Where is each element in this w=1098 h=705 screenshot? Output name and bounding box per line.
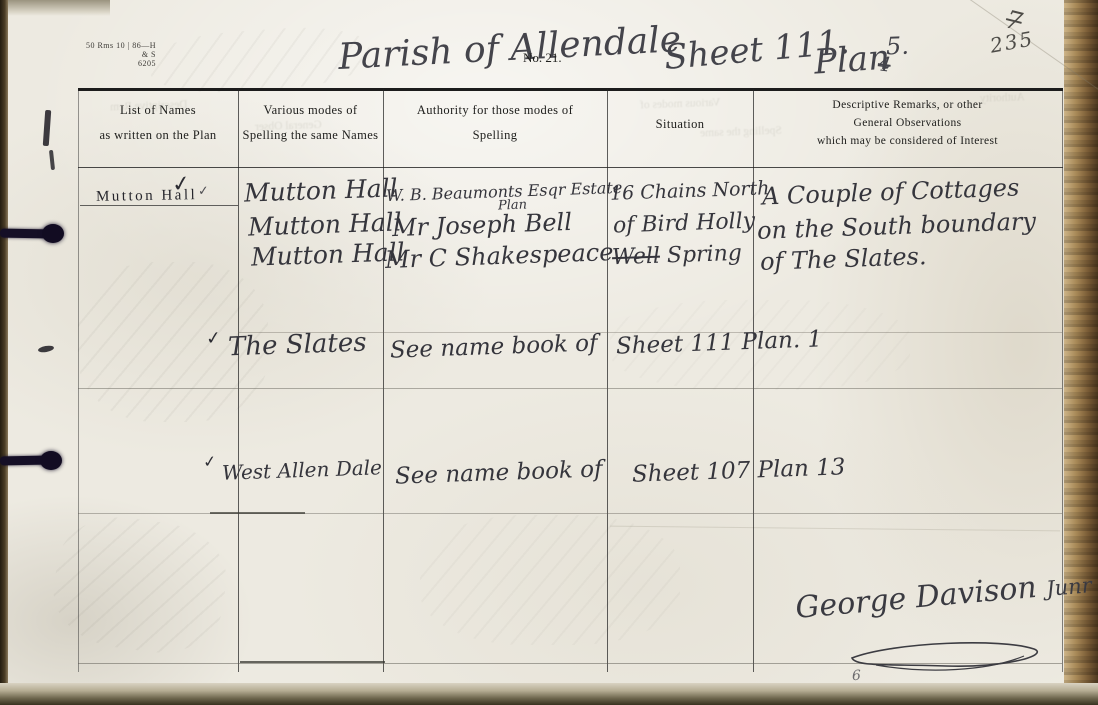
table-column-rule — [607, 89, 608, 672]
printer-stamp-line2: 6205 — [80, 59, 156, 68]
column-header-remarks: Descriptive Remarks, or other General Ob… — [753, 96, 1062, 150]
header-line: which may be considered of Interest — [753, 132, 1062, 150]
checkmark-small: ✓ — [197, 184, 209, 200]
pencil-smudge — [420, 515, 680, 645]
page-stack-edge-top-left — [0, 0, 110, 16]
header-line: Spelling — [383, 123, 607, 148]
binding-lace-top-knot — [42, 224, 64, 243]
signature-flourish — [838, 626, 1048, 678]
situation-entry: of Bird Holly — [613, 209, 756, 239]
spelling-entry: Mutton Hall — [251, 237, 406, 271]
binding-lace-bottom-knot — [40, 451, 62, 470]
checkmark: ✓ — [205, 327, 222, 349]
book-spine-edge — [0, 0, 8, 705]
spelling-entry: Mutton Hall — [248, 207, 403, 241]
header-line: Authority for those modes of — [383, 98, 607, 123]
scanned-name-book-page: 50 Rms 10 | 86—H & S 6205 Parish of Alle… — [0, 0, 1098, 705]
header-line: General Observations — [753, 114, 1062, 132]
situation-entry: Well Spring — [612, 241, 743, 271]
table-bottom-dark-segment — [240, 661, 385, 663]
bleedthrough-text: General Obser — [255, 119, 322, 133]
spelling-entry: Mutton Hall — [244, 173, 399, 207]
printer-stamp-line1: 50 Rms 10 | 86—H & S — [80, 41, 156, 59]
plan-name: Mutton Hall — [96, 187, 198, 206]
printed-entry-number: No. 21. — [523, 50, 562, 66]
remark-entry: of The Slates. — [760, 242, 927, 276]
bleedthrough-text: Authority — [980, 91, 1025, 105]
printer-stamp: 50 Rms 10 | 86—H & S 6205 — [80, 41, 156, 68]
page-stack-edge-bottom — [0, 683, 1098, 705]
column-header-authority: Authority for those modes of Spelling — [383, 98, 607, 148]
situation-word: Spring — [666, 241, 742, 269]
name-entry: The Slates — [228, 328, 368, 363]
row-rule-dark-segment — [210, 512, 305, 514]
signature-suffix: Junr — [1045, 573, 1092, 601]
situation-struck-word: Well — [612, 244, 661, 271]
table-header-rule — [78, 167, 1063, 168]
header-line: as written on the Plan — [78, 123, 238, 148]
row-rule — [78, 388, 1062, 389]
checkmark: ✓ — [202, 451, 217, 471]
stray-pen-mark: 6 — [852, 668, 861, 684]
table-column-rule — [753, 89, 754, 672]
table-border-left — [78, 89, 79, 672]
table-top-rule — [78, 88, 1063, 91]
table-column-rule — [238, 89, 239, 672]
